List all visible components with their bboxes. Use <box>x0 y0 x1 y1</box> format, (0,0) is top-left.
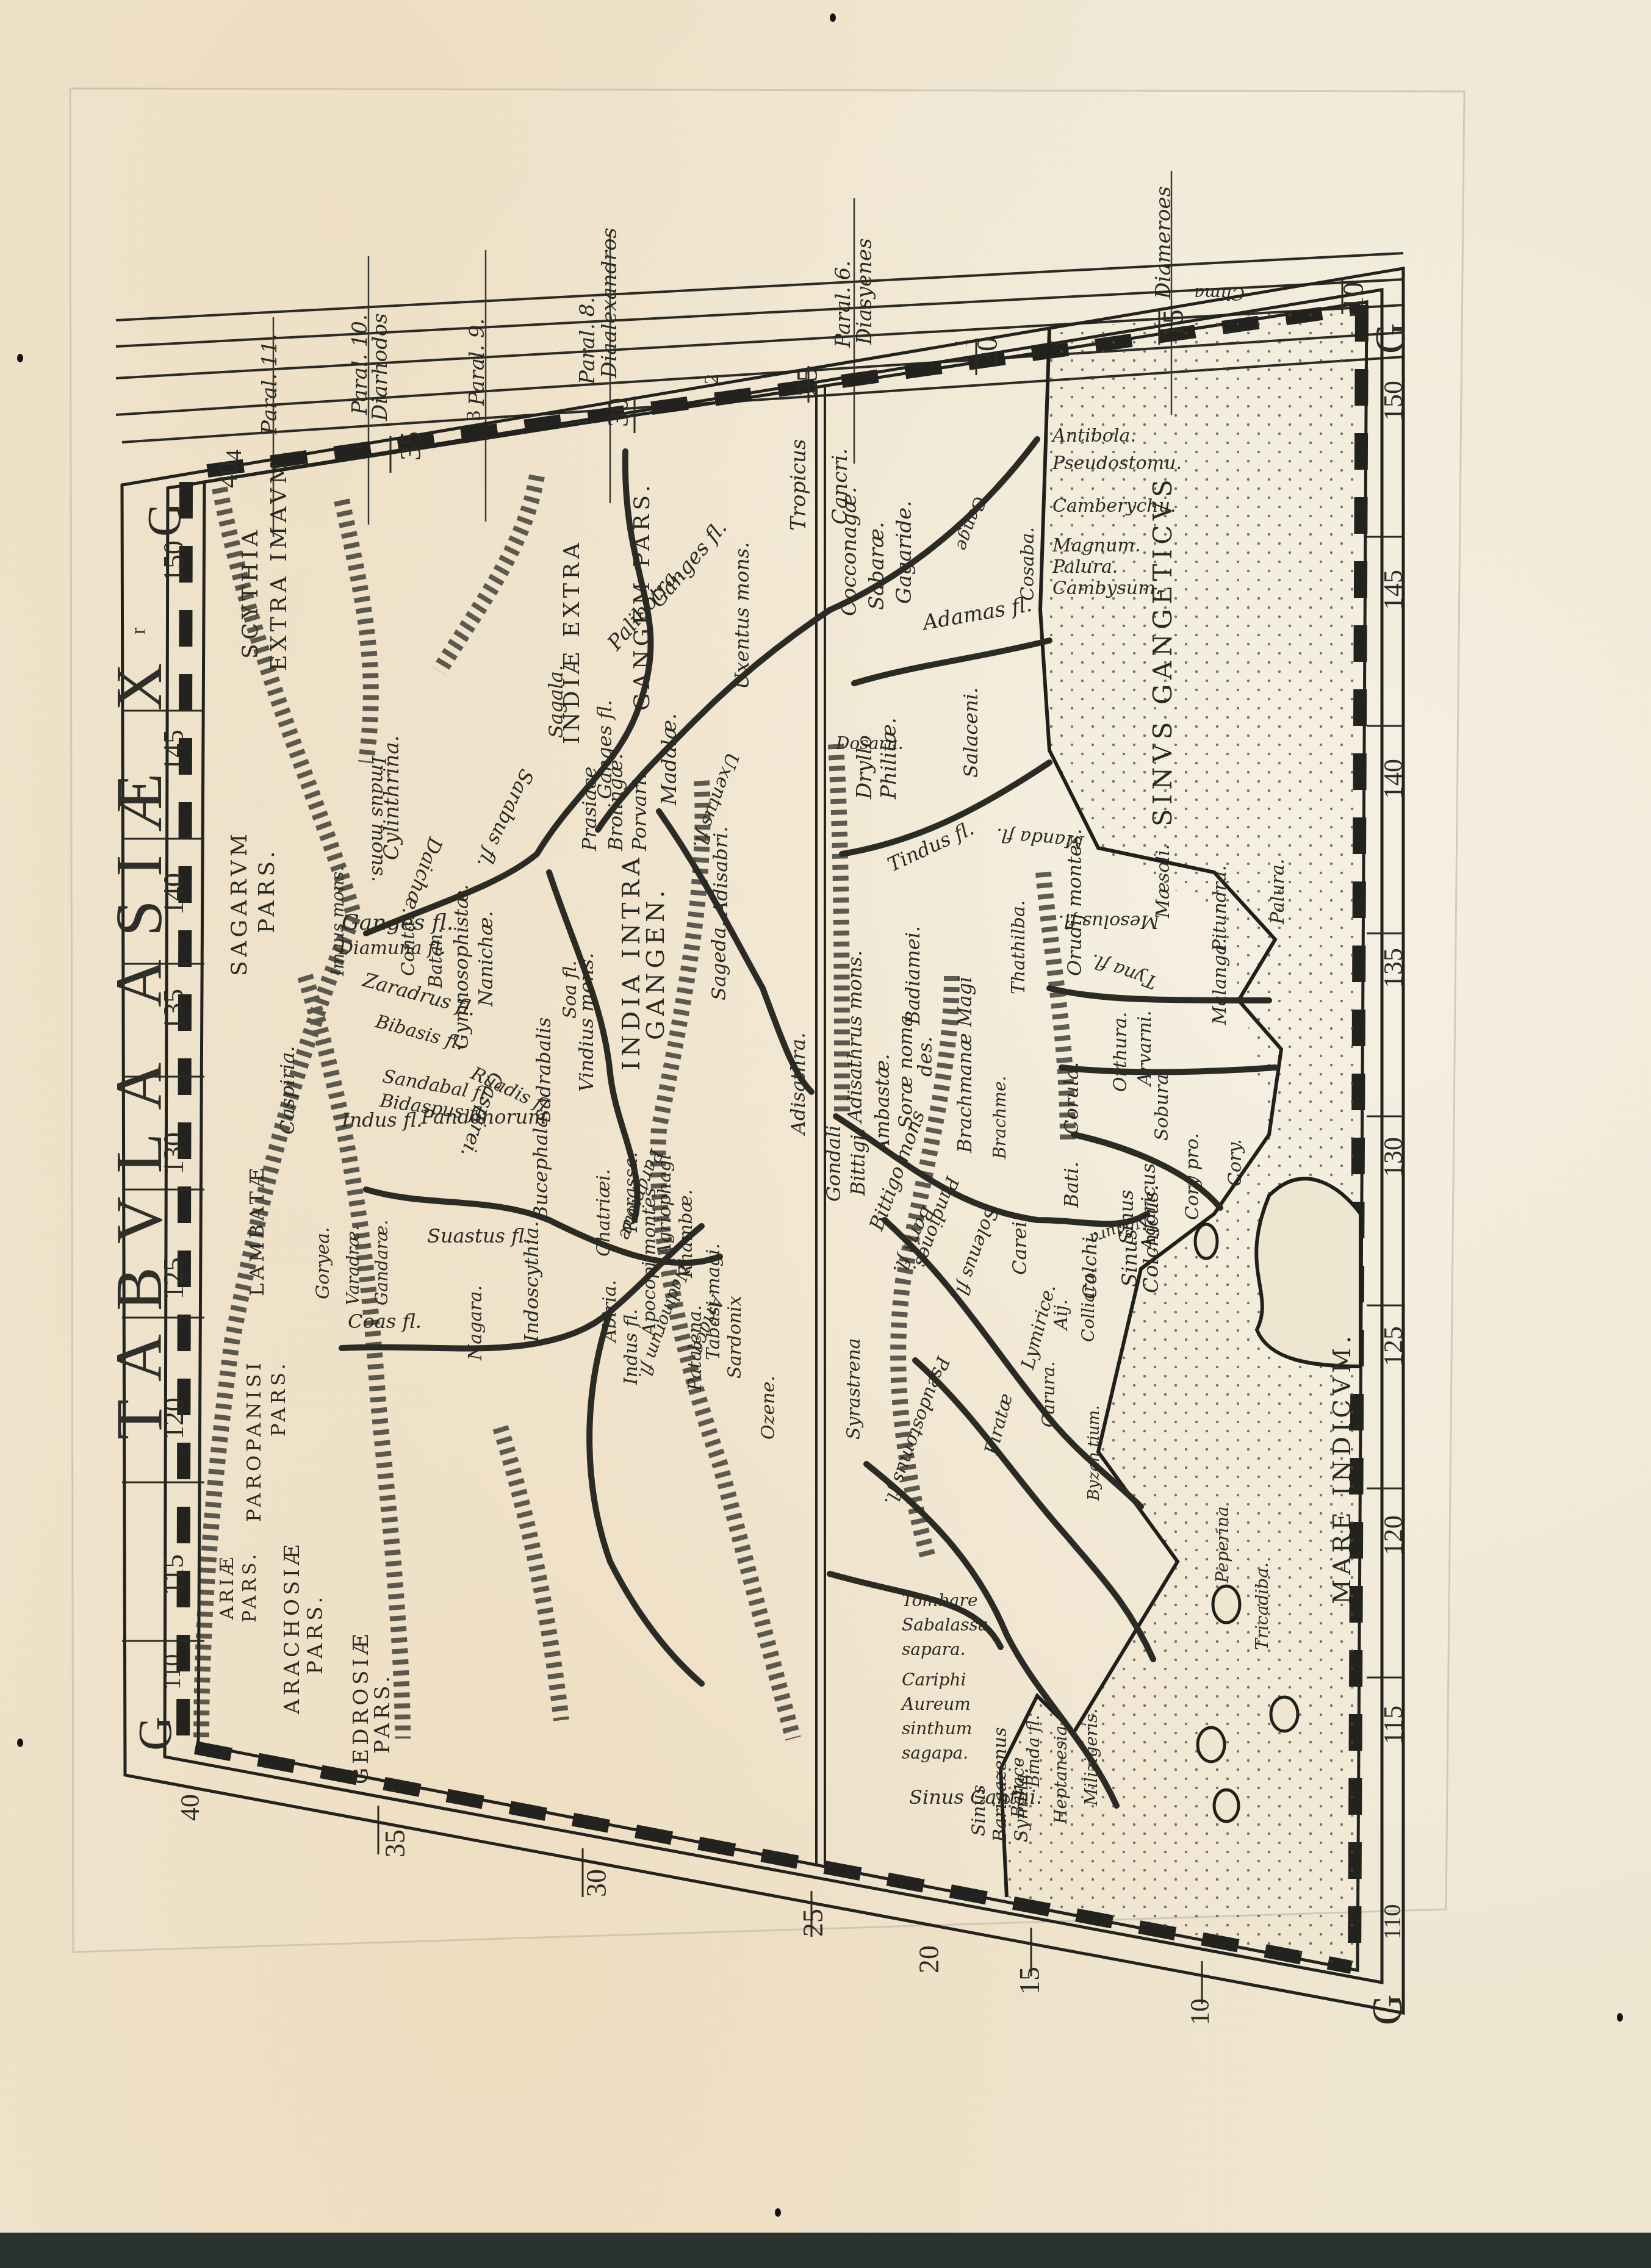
ink-spot <box>17 354 23 362</box>
label-tombare: Tombare <box>902 1592 977 1609</box>
longitude-label: 145 <box>160 730 188 772</box>
latitude-label: 10 <box>1339 282 1369 311</box>
corner-letter-top-left: G <box>140 503 188 537</box>
label-syrastrena: Syrastrena <box>845 1338 863 1440</box>
label-porvari: Porvari. <box>630 773 649 851</box>
longitude-label: 110 <box>160 1654 184 1690</box>
label-binda: Binda fl. <box>1025 1715 1042 1787</box>
label-sinus-colchicus-2: Colchicus. <box>1141 1185 1162 1293</box>
label-patalena: Patalena. <box>686 1305 705 1391</box>
label-cariphi: Cariphi <box>902 1671 966 1688</box>
label-salaceni: Salaceni. <box>961 687 980 778</box>
label-corula: Corula. <box>1062 1062 1081 1135</box>
label-carei: Carei. <box>1010 1215 1029 1275</box>
label-sageda: Sageda. <box>709 921 728 1000</box>
label-malanga: Malanga. <box>1211 938 1229 1025</box>
label-sagala: Sagala. <box>546 665 566 738</box>
label-cory-pro: Cory pro. <box>1184 1133 1202 1220</box>
longitude-label: 115 <box>1380 1706 1407 1745</box>
label-caspiria: Caspiria. <box>278 1046 297 1135</box>
label-abiria: Abiria. <box>601 1280 619 1342</box>
longitude-label: 150 <box>160 540 188 583</box>
region-india-intra: INDIA INTRA <box>619 853 644 1071</box>
longitude-label: 125 <box>1380 1326 1407 1366</box>
region-scythia-2: EXTRA IMAVM. <box>268 447 290 671</box>
longitude-label: 120 <box>1380 1515 1407 1556</box>
latitude-label: 40 <box>177 1794 204 1821</box>
label-ambastae: Ambastæ. <box>872 1053 892 1153</box>
label-orudii-montes: Orudij montes. <box>1065 828 1084 976</box>
label-sinus-colchicus-1: Sinus <box>1120 1229 1140 1287</box>
label-indoscythia: Indoscythia. <box>522 1221 541 1342</box>
region-india-intra-2: GANGEN. <box>644 886 668 1040</box>
label-sabalassa: Sabalassa. <box>902 1617 993 1634</box>
label-imaus-mons-2: Imaus mons. <box>329 866 347 976</box>
label-nanichae: Nanichæ. <box>476 911 495 1007</box>
label-sapara: sapara. <box>902 1641 966 1658</box>
ink-spot <box>775 2208 781 2217</box>
parallel-name: Diaalexandros <box>599 228 620 378</box>
label-chatriaei: Chatriæi. <box>595 1169 613 1257</box>
label-coas: Coas fl. <box>348 1312 422 1331</box>
label-sobura: Sobura. <box>1153 1068 1171 1141</box>
label-batan: Batan. <box>427 928 445 988</box>
label-cambysum: Cambysum. <box>1052 580 1161 598</box>
label-bucephala: Bucephala. <box>531 1110 550 1220</box>
corner-letter-bottom-left: G <box>131 1717 179 1751</box>
label-adisathra: Adisathra. <box>788 1033 808 1135</box>
label-conta: Conta. <box>400 915 418 976</box>
region-gedrosiae-2: PARS. <box>372 1673 393 1754</box>
parallel-label: Paral. 10. <box>350 314 370 415</box>
label-tropicus: Tropicus <box>788 439 809 531</box>
latitude-label: 35 <box>397 431 426 461</box>
label-bittigi: Bittigi. <box>848 1128 868 1196</box>
latitude-label: 15 <box>1016 1967 1044 1995</box>
label-uxentus-mons: Uxentus mons. <box>732 542 752 689</box>
label-colliara: Colliara. <box>1080 1268 1097 1342</box>
label-vindius-mons: Vindius mons. <box>577 953 596 1092</box>
label-sagapa: sagapa. <box>902 1745 968 1762</box>
region-sinus-gangeticus: SINVS GANGETICVS <box>1150 475 1176 827</box>
label-dryllo: Dryllo <box>854 735 875 799</box>
label-brachme: Brachme. <box>991 1076 1009 1159</box>
label-gagaride: Gagaride. <box>894 501 915 604</box>
label-maesoli: Mæsoli. <box>1154 844 1173 918</box>
parallel-label: Paral. 8. <box>577 297 598 384</box>
parallel-name: Diasyenes <box>854 238 875 345</box>
region-scythia: SCYTHIA <box>240 526 262 659</box>
label-tricadiba: Tricadiba. <box>1254 1562 1271 1650</box>
longitude-label: 140 <box>160 873 188 915</box>
label-sabarae: Sabaræ. <box>866 522 887 610</box>
label-suastus: Suastus fl. <box>427 1226 531 1246</box>
label-sardonix: Sardonix <box>726 1296 744 1379</box>
label-pseudostomum: Pseudostomu. <box>1052 454 1182 473</box>
label-rarassa: Rarassa. <box>622 1152 641 1232</box>
label-adisathrus-mons: Adisathrus mons. <box>845 950 865 1122</box>
parallel-label: Paral. 6. <box>833 260 854 348</box>
label-ozene: Ozene. <box>760 1376 778 1440</box>
label-bati: Bati. <box>1062 1161 1081 1208</box>
label-philitae: Philitæ. <box>879 717 899 799</box>
region-mare-indicum: MARE INDICVM. <box>1330 1332 1354 1604</box>
longitude-label: 130 <box>160 1132 188 1174</box>
label-goryea: Goryea. <box>314 1227 333 1300</box>
parallel-name: Diameroes <box>1153 186 1174 299</box>
label-sadrabalis: Sadrabalis <box>534 1017 553 1122</box>
region-paropanisi: PAROPANISI <box>244 1359 264 1522</box>
label-badiamei: Badiamei. <box>903 926 923 1025</box>
label-brachmanae-magi: Brachmanæ Magi <box>955 977 974 1153</box>
label-gymnosophistae: Gymnosophistæ. <box>451 885 471 1049</box>
region-ariae-2: PARS. <box>241 1551 259 1623</box>
latitude-label: 20 <box>915 1945 943 1973</box>
label-gondali: Gondali <box>824 1125 843 1202</box>
longitude-label: 135 <box>1380 948 1407 988</box>
region-arachosiae: ARACHOSIÆ <box>282 1541 303 1714</box>
latitude-label: 25 <box>793 367 822 397</box>
latitude-label: 30 <box>604 398 633 427</box>
label-byzantium: Byzan tium. <box>1086 1405 1102 1501</box>
latitude-label: 40 <box>215 461 242 488</box>
longitude-label: 150 <box>1380 381 1407 421</box>
label-indus-fl-1: Indus fl. <box>342 1110 422 1130</box>
label-palura-2: Palura. <box>1269 859 1287 924</box>
clima-number: 4 <box>223 450 245 461</box>
clima-number: 1 <box>952 339 970 348</box>
label-peperina: Peperina <box>1214 1506 1231 1583</box>
label-heptanesia: Heptanesia. <box>1052 1720 1070 1824</box>
region-sagarum: SAGARVM <box>229 830 251 976</box>
clima-header: Clima <box>1194 285 1245 302</box>
latitude-label: 10 <box>1187 1998 1214 2025</box>
label-sinthum: sinthum <box>902 1720 972 1737</box>
label-camberychum: Camberychu. <box>1052 497 1176 515</box>
label-rhambae: Rhambæ. <box>677 1190 696 1278</box>
parallel-label: Paral. 11. <box>259 334 280 434</box>
ink-spot <box>830 13 836 22</box>
label-varadrae: Varadræ. <box>345 1226 362 1305</box>
label-cocconagae: Cocconagæ. <box>839 487 860 616</box>
longitude-label: 130 <box>1380 1137 1407 1177</box>
label-imaus-mons: Imaus mons. <box>369 756 389 882</box>
label-indus-fl-2: Indus fl. <box>622 1309 641 1385</box>
label-brolingae: Brolingæ. <box>606 753 625 851</box>
parallel-label: Paral. 9. <box>467 318 487 406</box>
label-cosaba: Cosaba. <box>1019 527 1037 601</box>
label-madalae: Madalæ. <box>659 713 680 805</box>
clima-number: 2 <box>702 374 722 384</box>
latitude-label: 25 <box>799 1909 827 1937</box>
label-gandarae: Gandaræ. <box>373 1220 390 1305</box>
latitude-label: 15 <box>1159 309 1189 339</box>
region-ariae: ARIÆ <box>218 1554 237 1620</box>
longitude-label: 125 <box>160 1257 188 1299</box>
label-orthura: Orthura. <box>1112 1012 1130 1092</box>
longitude-label: 145 <box>1380 570 1407 610</box>
ink-spot <box>1617 2013 1623 2022</box>
latitude-label: 35 <box>381 1829 409 1857</box>
region-paropanisi-2: PARS. <box>268 1360 288 1437</box>
label-cory: Cory. <box>1226 1139 1245 1186</box>
label-tabasi-magi: Tabasi magi. <box>705 1243 723 1360</box>
region-arachosiae-2: PARS. <box>305 1593 326 1674</box>
longitude-label: 110 <box>1380 1904 1405 1940</box>
label-thathilba: Thathilba. <box>1010 900 1028 994</box>
longitude-label: 135 <box>160 989 188 1031</box>
map-title-suffix: r <box>128 628 149 634</box>
region-gedrosiae: GEDROSIÆ <box>351 1631 372 1784</box>
label-adisabri: Adisabri. <box>711 826 730 915</box>
longitude-label: 115 <box>160 1554 188 1595</box>
label-palura-1: Palura. <box>1052 558 1118 576</box>
label-sinus-barigazenus-1: Sinus <box>970 1785 988 1836</box>
label-sinus-barigazenus-2: Barigazenus <box>991 1727 1010 1842</box>
longitude-label: 120 <box>160 1398 188 1440</box>
label-nagara: Nagara. <box>467 1285 485 1360</box>
ink-spot <box>17 1739 23 1747</box>
region-lambatae: LAMBATÆ <box>247 1165 267 1296</box>
clima-number: 3 <box>464 411 484 421</box>
latitude-label: 30 <box>583 1869 611 1897</box>
corner-letter-top-right: G <box>1370 323 1412 354</box>
label-antibola: Antibola. <box>1052 427 1136 445</box>
parallel-name: Diarhodos <box>370 313 390 421</box>
label-sorae-nomades-2: des. <box>915 1036 935 1077</box>
corner-letter-bottom-right: G <box>1367 1994 1409 2025</box>
label-carura: Carura. <box>1040 1361 1057 1427</box>
longitude-label: 140 <box>1380 759 1407 799</box>
region-sagarum-2: PARS. <box>256 847 278 933</box>
latitude-label: 20 <box>973 337 1002 366</box>
label-aureum: Aureum <box>902 1696 971 1713</box>
label-milizigeris: Milizigeris. <box>1083 1709 1100 1806</box>
label-magnum: Magnum. <box>1052 537 1140 555</box>
